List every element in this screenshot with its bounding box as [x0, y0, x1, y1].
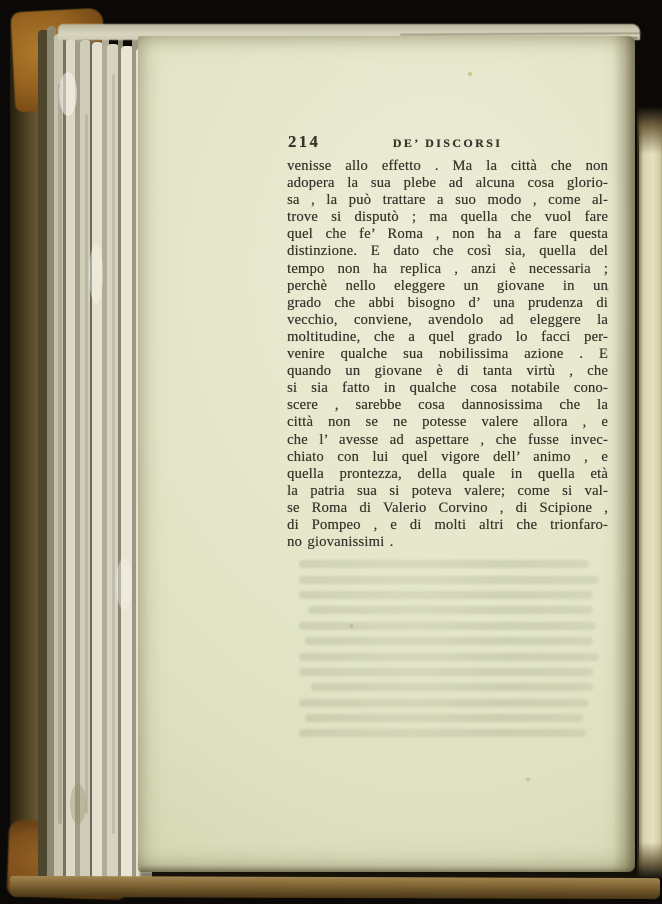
scanned-book-photo: 214 DE’ DISCORSI venisse allo effetto . … — [0, 0, 662, 904]
text-line: se Roma di Valerio Corvino , di Scipione… — [287, 500, 608, 517]
text-line: quando un giovane è di tanta virtù , che — [287, 363, 608, 380]
bleedthrough-line — [305, 637, 592, 645]
page-stack-fore-edges — [38, 24, 152, 890]
text-line: venisse allo effetto . Ma la città che n… — [287, 158, 608, 175]
page-number: 214 — [288, 132, 320, 152]
text-line: si sia fatto in qualche cosa notabile co… — [287, 380, 608, 397]
facing-page-fore-edge — [637, 104, 662, 880]
text-line: venire qualche sua nobilissima azione . … — [287, 346, 608, 363]
bleedthrough-line — [308, 606, 592, 614]
bleedthrough-line — [299, 560, 589, 568]
gutter-crease-shading — [613, 36, 635, 872]
text-line: la patria sua si poteva valere; come si … — [287, 483, 608, 500]
bleedthrough-line — [299, 576, 599, 584]
book-page: 214 DE’ DISCORSI venisse allo effetto . … — [138, 36, 635, 872]
verso-bleedthrough — [287, 560, 608, 737]
bleedthrough-line — [299, 729, 586, 737]
text-line: no giovanissimi . — [287, 534, 608, 551]
bleedthrough-line — [299, 653, 599, 661]
text-line: grado che abbi bisogno d’ una prudenza d… — [287, 295, 608, 312]
bleedthrough-line — [299, 699, 589, 707]
text-line: scere , sarebbe cosa dannosissima che la — [287, 397, 608, 414]
body-text: venisse allo effetto . Ma la città che n… — [287, 158, 608, 551]
text-line: vecchio, conviene, avendolo ad eleggere … — [287, 312, 608, 329]
text-line: chiato con lui quel vigore dell’ animo ,… — [287, 449, 608, 466]
bleedthrough-line — [311, 683, 592, 691]
bottom-cover-edge — [10, 876, 660, 899]
text-line: sa , la può trattare a suo modo , come a… — [287, 192, 608, 209]
text-line: città non se ne potesse valere allora , … — [287, 414, 608, 431]
text-line: quel che fe’ Roma , non ha a fare questa — [287, 226, 608, 243]
bleedthrough-line — [299, 668, 593, 676]
text-line: tempo non ha replica , anzi è necessaria… — [287, 261, 608, 278]
text-line: moltitudine, che a quel grado lo facci p… — [287, 329, 608, 346]
text-line: che l’ avesse ad aspettare , che fusse i… — [287, 432, 608, 449]
text-line: quella prontezza, della quale in quella … — [287, 466, 608, 483]
text-line: adopera la sua plebe ad alcuna cosa glor… — [287, 175, 608, 192]
text-line: distinzione. E dato che così sia, quella… — [287, 243, 608, 260]
bleedthrough-line — [299, 622, 596, 630]
bleedthrough-line — [299, 591, 593, 599]
foxing-speck — [468, 72, 472, 76]
foxing-speck — [526, 778, 530, 781]
text-line: di Pompeo , e di molti altri che trionfa… — [287, 517, 608, 534]
running-header-title: DE’ DISCORSI — [393, 136, 503, 151]
text-line: trove si disputò ; ma quella che vuol fa… — [287, 209, 608, 226]
text-line: perchè nello eleggere un giovane in un — [287, 278, 608, 295]
running-header: 214 DE’ DISCORSI — [287, 132, 608, 156]
printed-text-area: 214 DE’ DISCORSI venisse allo effetto . … — [287, 132, 608, 745]
bleedthrough-line — [305, 714, 583, 722]
